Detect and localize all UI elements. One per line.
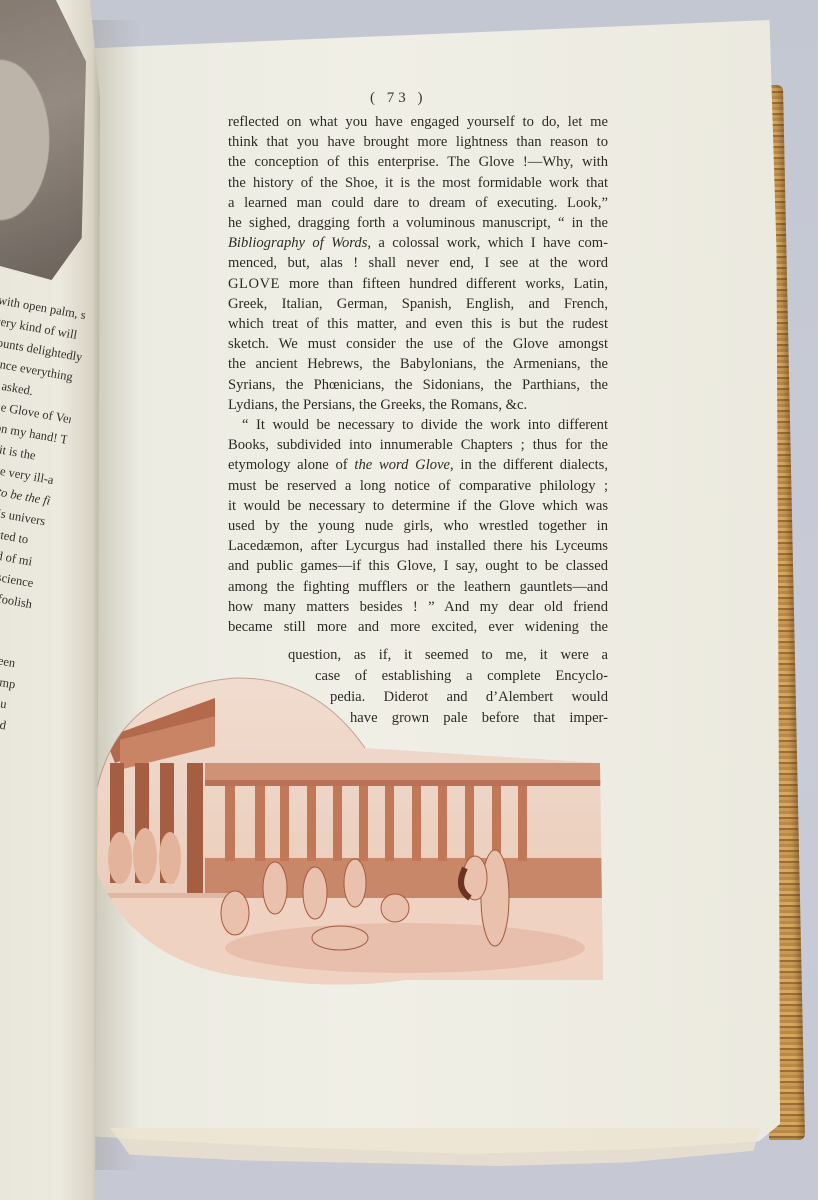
small-caps-word: GLOVE bbox=[228, 276, 280, 292]
text-line: “ It would be necessary to divide the wo… bbox=[228, 415, 608, 435]
text-line: the history of the Shoe, it is the most … bbox=[228, 173, 608, 193]
photo-scene: ( 73 ) reflected on what you have engage… bbox=[0, 0, 818, 1200]
text-line: etymology alone of the word Glove, in th… bbox=[228, 455, 608, 475]
text-line: must be reserved a long notice of compar… bbox=[228, 476, 608, 496]
text-line: Bibliography of Words, a colossal work, … bbox=[228, 233, 608, 253]
text-line: the conception of this enterprise. The G… bbox=[228, 152, 608, 172]
colonnade-illustration bbox=[75, 668, 605, 990]
text-line-wrapped: question, as if, it seemed to me, it wer… bbox=[288, 645, 608, 665]
text-line: how many matters besides ! ” And my dear… bbox=[228, 597, 608, 617]
text-line: reflected on what you have engaged yours… bbox=[228, 112, 608, 132]
text-line: Lydians, the Persians, the Greeks, the R… bbox=[228, 395, 608, 415]
deckle-edge bbox=[110, 1128, 760, 1166]
text-line: sketch. We must consider the use of the … bbox=[228, 334, 608, 354]
text-line: GLOVE more than fifteen hundred differen… bbox=[228, 274, 608, 294]
text-line: Greek, Italian, German, Spanish, English… bbox=[228, 294, 608, 314]
italic-title: Bibliography of Words bbox=[228, 235, 367, 251]
italic-phrase: the word Glove bbox=[354, 457, 450, 473]
text-line: became still more and more excited, ever… bbox=[228, 617, 608, 637]
text-line: menced, but, alas ! shall never end, I s… bbox=[228, 253, 608, 273]
text-line: he sighed, dragging forth a voluminous m… bbox=[228, 213, 608, 233]
text-line: Books, subdivided into innumerable Chapt… bbox=[228, 435, 608, 455]
text-line: it would be necessary to determine if th… bbox=[228, 496, 608, 516]
left-page-engraving bbox=[0, 0, 86, 280]
page-body-text: reflected on what you have engaged yours… bbox=[228, 112, 608, 637]
text-line: and public games—if this Glove, I say, o… bbox=[228, 556, 608, 576]
text-line: among the fighting mufflers or the leath… bbox=[228, 577, 608, 597]
text-line: the ancient Hebrews, the Babylonians, th… bbox=[228, 354, 608, 374]
illustration-image bbox=[75, 668, 605, 990]
page-number: ( 73 ) bbox=[370, 90, 427, 107]
text-line: think that you have brought more lightne… bbox=[228, 132, 608, 152]
text-line: a learned man could dare to dream of exe… bbox=[228, 193, 608, 213]
text-line: Syrians, the Phœnicians, the Sidonians, … bbox=[228, 375, 608, 395]
text-line: Lacedæmon, after Lycurgus had installed … bbox=[228, 536, 608, 556]
text-line: which treat of this matter, and even thi… bbox=[228, 314, 608, 334]
text-line: used by the young nude girls, who wrestl… bbox=[228, 516, 608, 536]
